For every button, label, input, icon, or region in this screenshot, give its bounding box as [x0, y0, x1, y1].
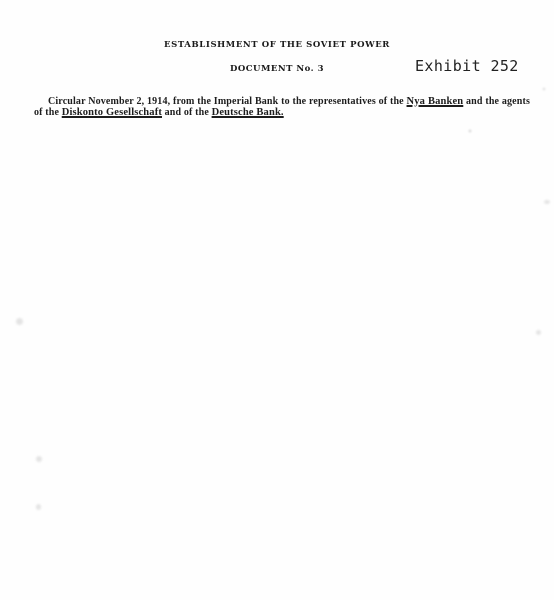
bank-name-deutsche-bank: Deutsche Bank.	[212, 107, 284, 118]
scan-speck	[36, 456, 42, 462]
scan-speck	[536, 330, 541, 335]
scan-speck	[16, 318, 23, 325]
bank-name-diskonto-gesellschaft: Diskonto Gesellschaft	[62, 107, 162, 118]
running-head: ESTABLISHMENT OF THE SOVIET POWER	[0, 40, 554, 50]
paragraph-middle-2: and of the	[162, 107, 212, 118]
scan-speck	[469, 130, 471, 132]
scan-speck	[543, 88, 545, 90]
exhibit-stamp: Exhibit 252	[415, 57, 519, 75]
document-number: DOCUMENT No. 3	[230, 64, 324, 74]
scan-speck	[36, 504, 41, 510]
bank-name-nya-banken: Nya Banken	[407, 96, 464, 107]
circular-paragraph: Circular November 2, 1914, from the Impe…	[34, 96, 530, 118]
document-page: ESTABLISHMENT OF THE SOVIET POWER DOCUME…	[0, 0, 554, 600]
scan-speck	[544, 200, 550, 204]
paragraph-intro: Circular November 2, 1914, from the Impe…	[48, 96, 407, 107]
